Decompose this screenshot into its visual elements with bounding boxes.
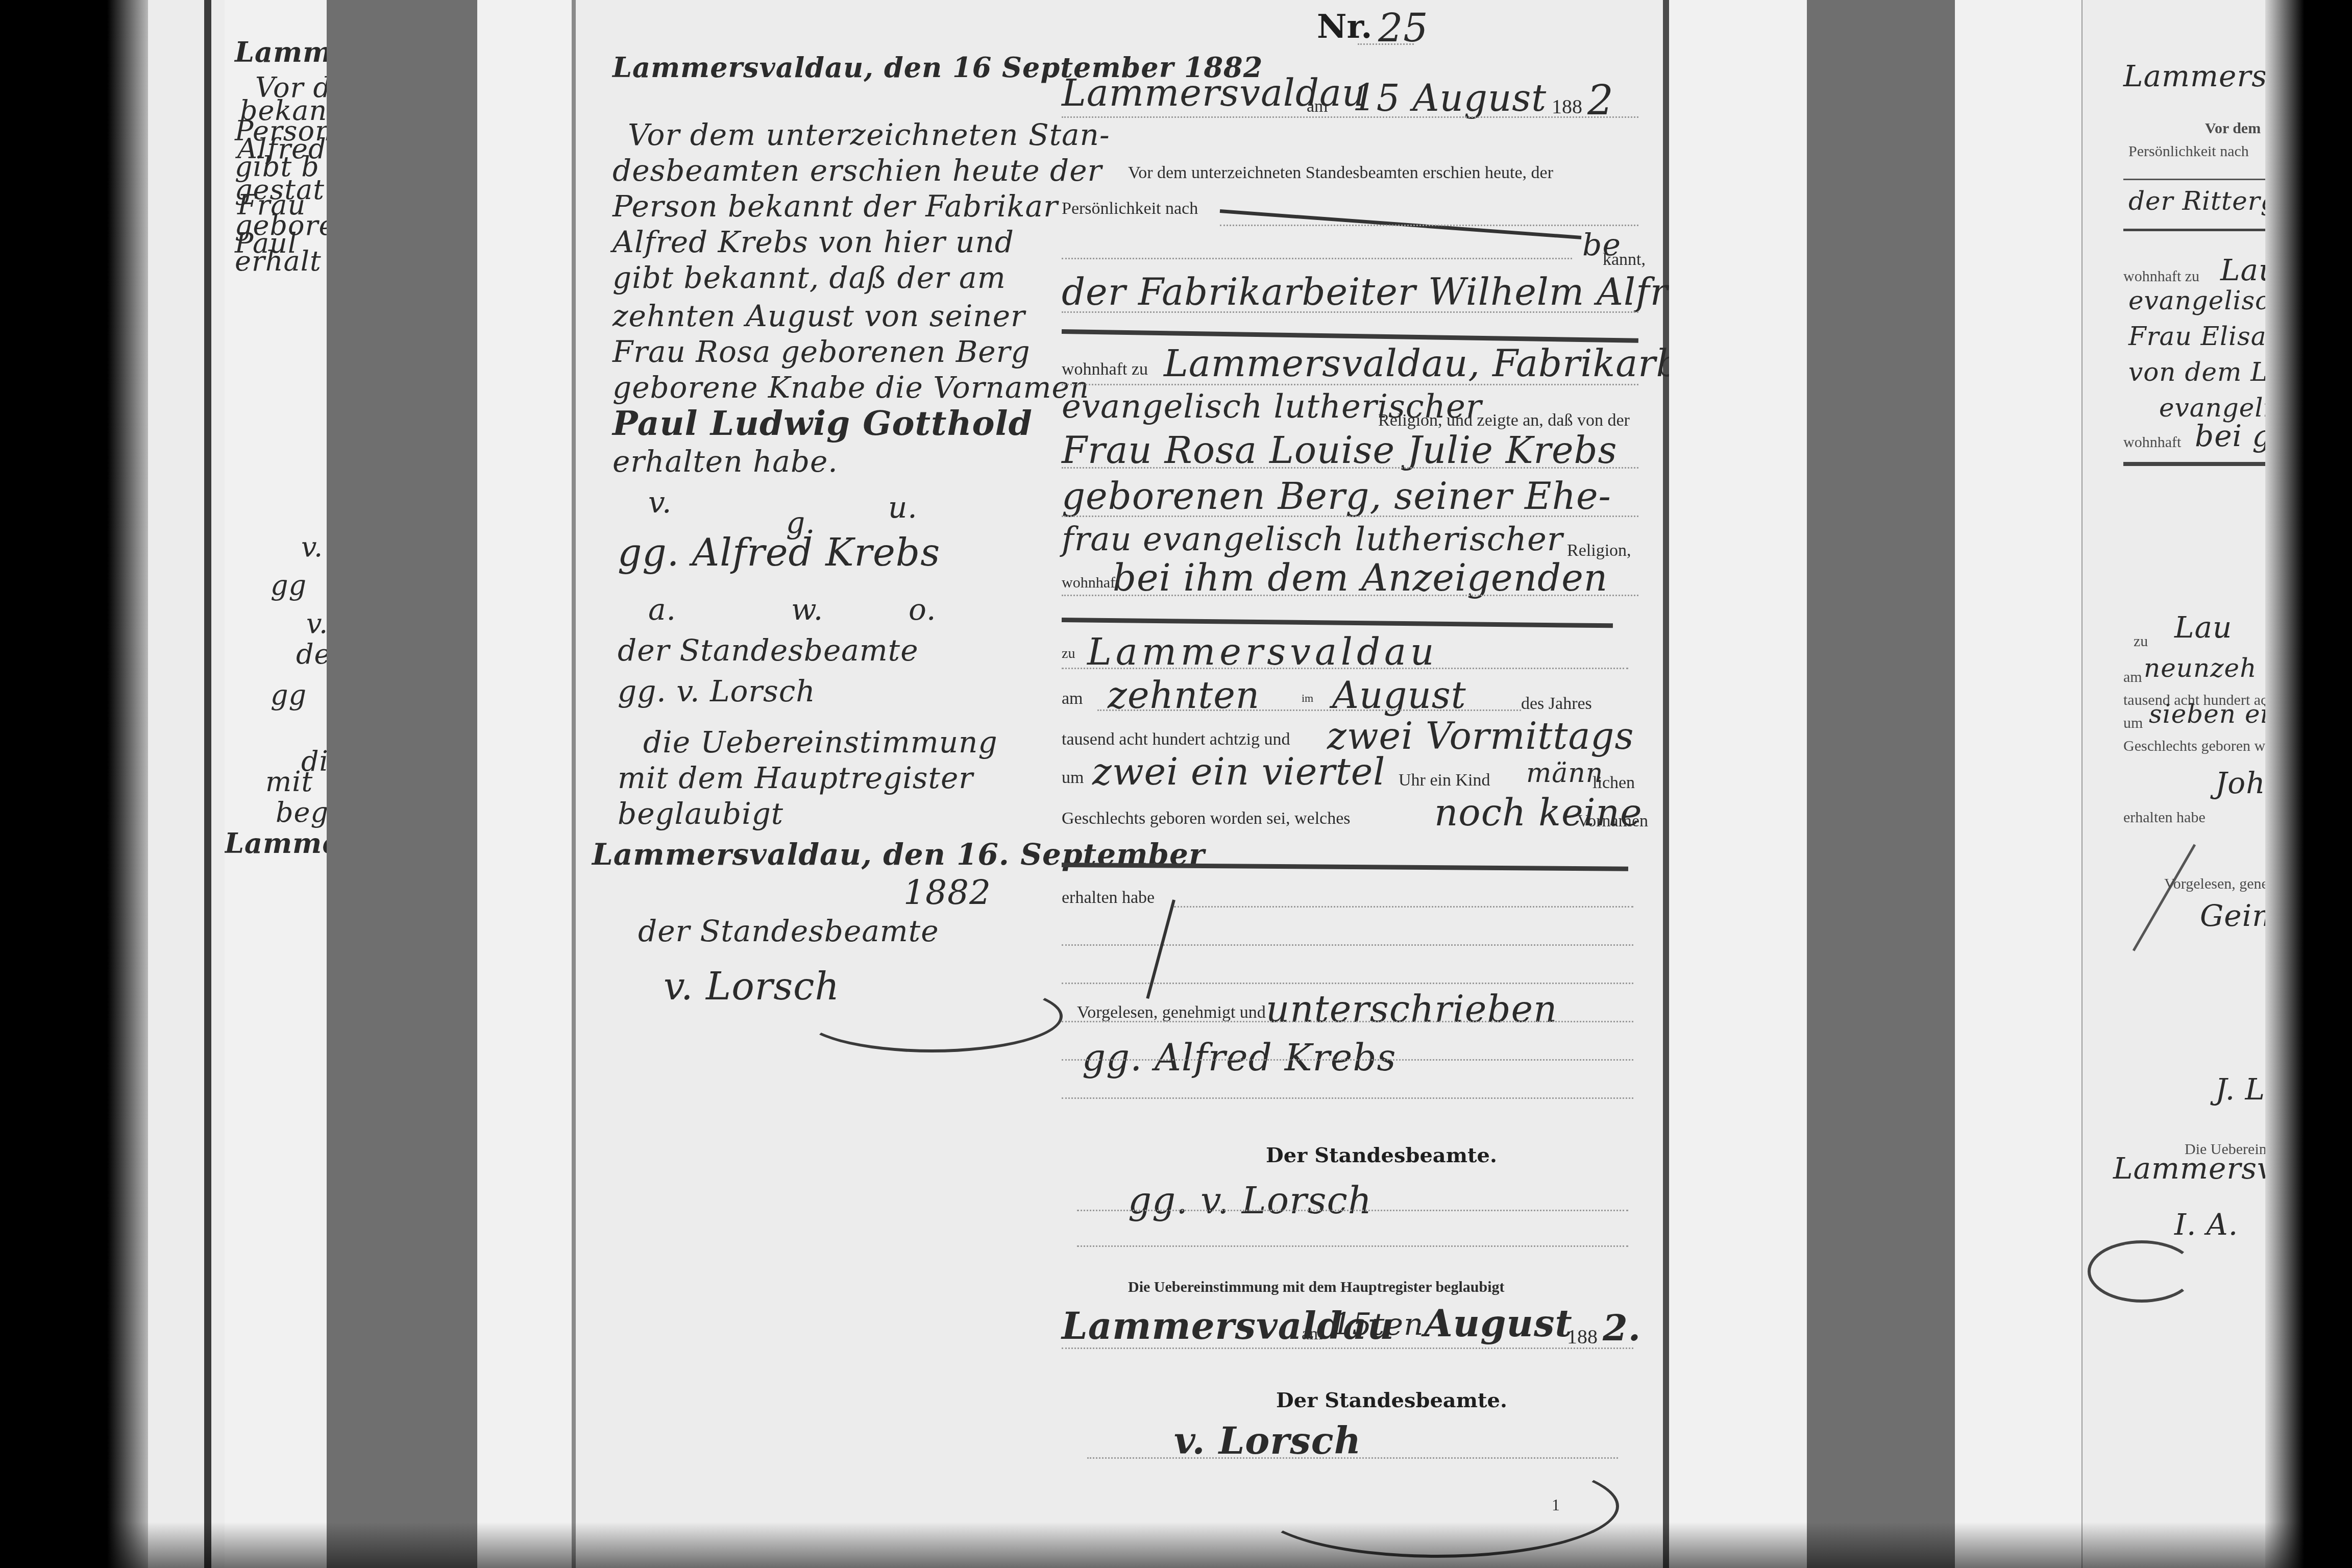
birthplace-label: zu — [1062, 646, 1075, 662]
margin-annotation: Lammersvaldau, den 16 September 1882 Vor… — [587, 0, 1057, 1568]
separator-line — [1062, 863, 1628, 871]
form-dotted-line — [1062, 595, 1638, 596]
form-dotted-line — [1062, 983, 1633, 984]
official-title: Der Standesbeamte. — [1266, 1143, 1497, 1167]
left-page-line: erhalt — [235, 245, 322, 277]
left-page-line: v. — [306, 607, 327, 640]
left-page-line: beglau — [276, 796, 327, 828]
informant-signature-form: gg. Alfred Krebs — [1082, 1036, 1396, 1079]
official-title-2: Der Standesbeamte. — [1276, 1388, 1507, 1412]
gender-text: Geschlechts geboren worden sei, welches — [1062, 809, 1351, 828]
rp-intro: Vor dem — [2205, 120, 2261, 137]
official-signature: gg. v. Lorsch — [1128, 1179, 1372, 1222]
certification-text: Die Uebereinstimmung mit dem Hauptregist… — [1128, 1279, 1504, 1296]
number-underline — [1358, 43, 1414, 45]
child-sex: männ — [1526, 758, 1603, 789]
received-label: erhalten habe — [1062, 888, 1155, 908]
form-dotted-line — [1077, 1210, 1628, 1211]
rp-flourish — [2088, 1240, 2196, 1303]
record-number-label: Nr. — [1317, 8, 1373, 46]
right-vignette — [2265, 0, 2352, 1568]
certification-line: die Uebereinstimmung — [643, 725, 998, 759]
form-dotted-line — [1220, 225, 1638, 226]
margin-line: Alfred Krebs von hier und — [612, 225, 1014, 259]
left-page-line: Lamme — [225, 827, 327, 860]
rp-sig: Gein — [2200, 898, 2272, 933]
form-dotted-line — [1174, 906, 1633, 908]
informant-signature: gg. Alfred Krebs — [618, 531, 940, 575]
rp-sig-initials: J. L — [2215, 1072, 2265, 1107]
rp-birthplace: Lau — [2174, 610, 2232, 645]
cert-year: 1882 — [903, 873, 991, 912]
left-page-line: gg — [271, 569, 307, 601]
left-page-line: gg — [271, 679, 307, 711]
religion-text: Religion, und zeigte an, daß von der — [1378, 411, 1630, 430]
form-dotted-line — [1077, 1245, 1628, 1247]
vgu-mark: u. — [888, 490, 918, 525]
right-gray-band — [1807, 0, 1955, 1568]
form-dotted-line — [1062, 1347, 1633, 1349]
rp-mother-residence-label: wohnhaft — [2123, 434, 2181, 451]
mother-religion: frau evangelisch lutherischer — [1062, 521, 1563, 558]
rp-gender-text: Geschlechts geboren word — [2123, 738, 2286, 755]
margin-line: geborene Knabe die Vornamen — [612, 370, 1089, 405]
year-prefix: 188 — [1552, 94, 1582, 118]
certification-line: beglaubigt — [618, 796, 783, 831]
form-dotted-line — [1062, 516, 1638, 517]
vgu-mark: o. — [909, 592, 936, 627]
time-label: um — [1062, 768, 1084, 788]
time-text: Uhr ein Kind — [1399, 771, 1490, 790]
left-page-border — [204, 0, 211, 1568]
margin-line: erhalten habe. — [612, 444, 838, 479]
margin-line: gibt bekannt, daß der am — [612, 260, 1006, 295]
cert-year-suffix: 2. — [1603, 1307, 1641, 1349]
left-page-edge — [148, 0, 225, 1568]
page-number: 1 — [1552, 1496, 1560, 1514]
rp-official-sig: I. A. — [2174, 1207, 2238, 1242]
official-title-margin-2: der Standesbeamte — [638, 914, 939, 948]
form-dotted-line — [1062, 384, 1638, 385]
residence-label: wohnhaft zu — [1062, 360, 1148, 379]
rp-time-label: um — [2123, 715, 2143, 732]
margin-line: Person bekannt der Fabrikar — [612, 189, 1058, 224]
date-handwritten: 15 August — [1353, 77, 1547, 119]
mother-name: Frau Rosa Louise Julie Krebs — [1062, 429, 1618, 472]
mother-residence-label: wohnhaft — [1062, 574, 1119, 592]
birth-year-label: des Jahres — [1521, 694, 1592, 714]
vgu-mark: v. — [648, 485, 672, 520]
official-signature-margin: gg. v. Lorsch — [618, 674, 816, 708]
rp-birth-day: neunzeh — [2144, 653, 2257, 683]
main-page-left-edge — [572, 0, 576, 1568]
mother-residence: bei ihm dem Anzeigenden — [1113, 556, 1608, 599]
rp-personality-label: Persönlichkeit nach — [2128, 143, 2249, 160]
cert-month: August — [1424, 1302, 1573, 1345]
birth-time: zwei ein viertel — [1092, 750, 1385, 793]
form-dotted-line — [1087, 1457, 1618, 1459]
mother-maiden-name: geborenen Berg, seiner Ehe- — [1062, 475, 1611, 518]
separator-line — [1062, 329, 1638, 343]
margin-line: Frau Rosa geborenen Berg — [612, 334, 1031, 369]
left-page-line: Lammers — [235, 36, 327, 68]
form-dotted-line — [1062, 668, 1628, 669]
right-partial-page: Lammersvalde Vor dem Persönlichkeit nach… — [2082, 0, 2297, 1568]
form-dotted-line — [1062, 258, 1572, 259]
signature-flourish — [801, 980, 1063, 1052]
read-approved-label: Vorgelesen, genehmigt und — [1077, 1003, 1266, 1022]
rp-residence-label: wohnhaft zu — [2123, 268, 2199, 285]
left-gray-band — [327, 0, 477, 1568]
signed-handwritten: unterschrieben — [1266, 988, 1557, 1031]
rp-received-label: erhalten habe — [2123, 809, 2206, 826]
official-signature-2: v. Lorsch — [1174, 1419, 1361, 1462]
personality-label: Persönlichkeit nach — [1062, 199, 1198, 218]
form-dotted-line — [1097, 709, 1521, 711]
rp-birth-am-label: am — [2123, 669, 2142, 686]
date-line — [1062, 116, 1638, 118]
am-label: am — [1307, 97, 1328, 116]
separator-line — [1062, 618, 1613, 628]
right-paper-margin — [1955, 0, 2082, 1568]
certification-line: mit dem Hauptregister — [618, 761, 973, 795]
rp-mother-residence: bei g — [2195, 419, 2272, 453]
margin-line: desbeamten erschien heute der — [612, 153, 1102, 188]
vgu-mark: a. — [648, 592, 676, 627]
right-paper-edge — [1669, 0, 1807, 1568]
known-suffix: kannt, — [1603, 250, 1646, 269]
form-dotted-line — [1062, 311, 1638, 313]
child-names: Paul Ludwig Gotthold — [612, 403, 1033, 443]
birthplace: Lammersvaldau — [1087, 630, 1438, 673]
left-vignette — [0, 0, 153, 1568]
intro-text: Vor dem unterzeichneten Standesbeamten e… — [1128, 163, 1553, 183]
form-dotted-line — [1062, 944, 1633, 946]
official-title-margin: der Standesbeamte — [618, 633, 918, 668]
birth-month-prefix: im — [1302, 692, 1313, 705]
left-page-line: v. — [301, 531, 323, 563]
form-dotted-line — [1062, 1059, 1633, 1061]
form-dotted-line — [1062, 467, 1638, 469]
cert-year-prefix: 188 — [1567, 1325, 1598, 1349]
main-page-right-border — [1663, 0, 1669, 1568]
birth-year-text: tausend acht hundert achtzig und — [1062, 730, 1290, 749]
birth-form: Nr. 25 Lammersvaldau am 15 August 188 2 … — [1051, 0, 1659, 1568]
form-dotted-line — [1062, 1021, 1633, 1022]
bottom-vignette — [0, 1522, 2352, 1568]
cert-am-label: am — [1302, 1325, 1323, 1344]
left-page-line: der — [296, 638, 327, 670]
left-paper-edge — [477, 0, 572, 1568]
main-register-page: Lammersvaldau, den 16 September 1882 Vor… — [572, 0, 1669, 1568]
form-dotted-line — [1062, 1097, 1633, 1099]
sex-text: lichen — [1592, 773, 1635, 793]
rp-birthplace-label: zu — [2134, 633, 2148, 650]
rp-names: Joh — [2215, 766, 2266, 800]
birth-am-label: am — [1062, 689, 1083, 708]
rp-strike-line — [2133, 844, 2196, 951]
margin-line: Vor dem unterzeichneten Stan- — [628, 117, 1110, 152]
margin-line: zehnten August von seiner — [612, 299, 1025, 333]
vgu-mark: w. — [791, 592, 823, 627]
rp-maiden: von dem Lu — [2128, 357, 2285, 387]
left-partial-page: Lammers Vor d bekann Person Alfred gibt … — [225, 0, 327, 1568]
names-label: Vornamen — [1577, 812, 1648, 831]
cert-day: 15ten — [1332, 1307, 1424, 1342]
left-page-line: mit — [265, 766, 313, 798]
